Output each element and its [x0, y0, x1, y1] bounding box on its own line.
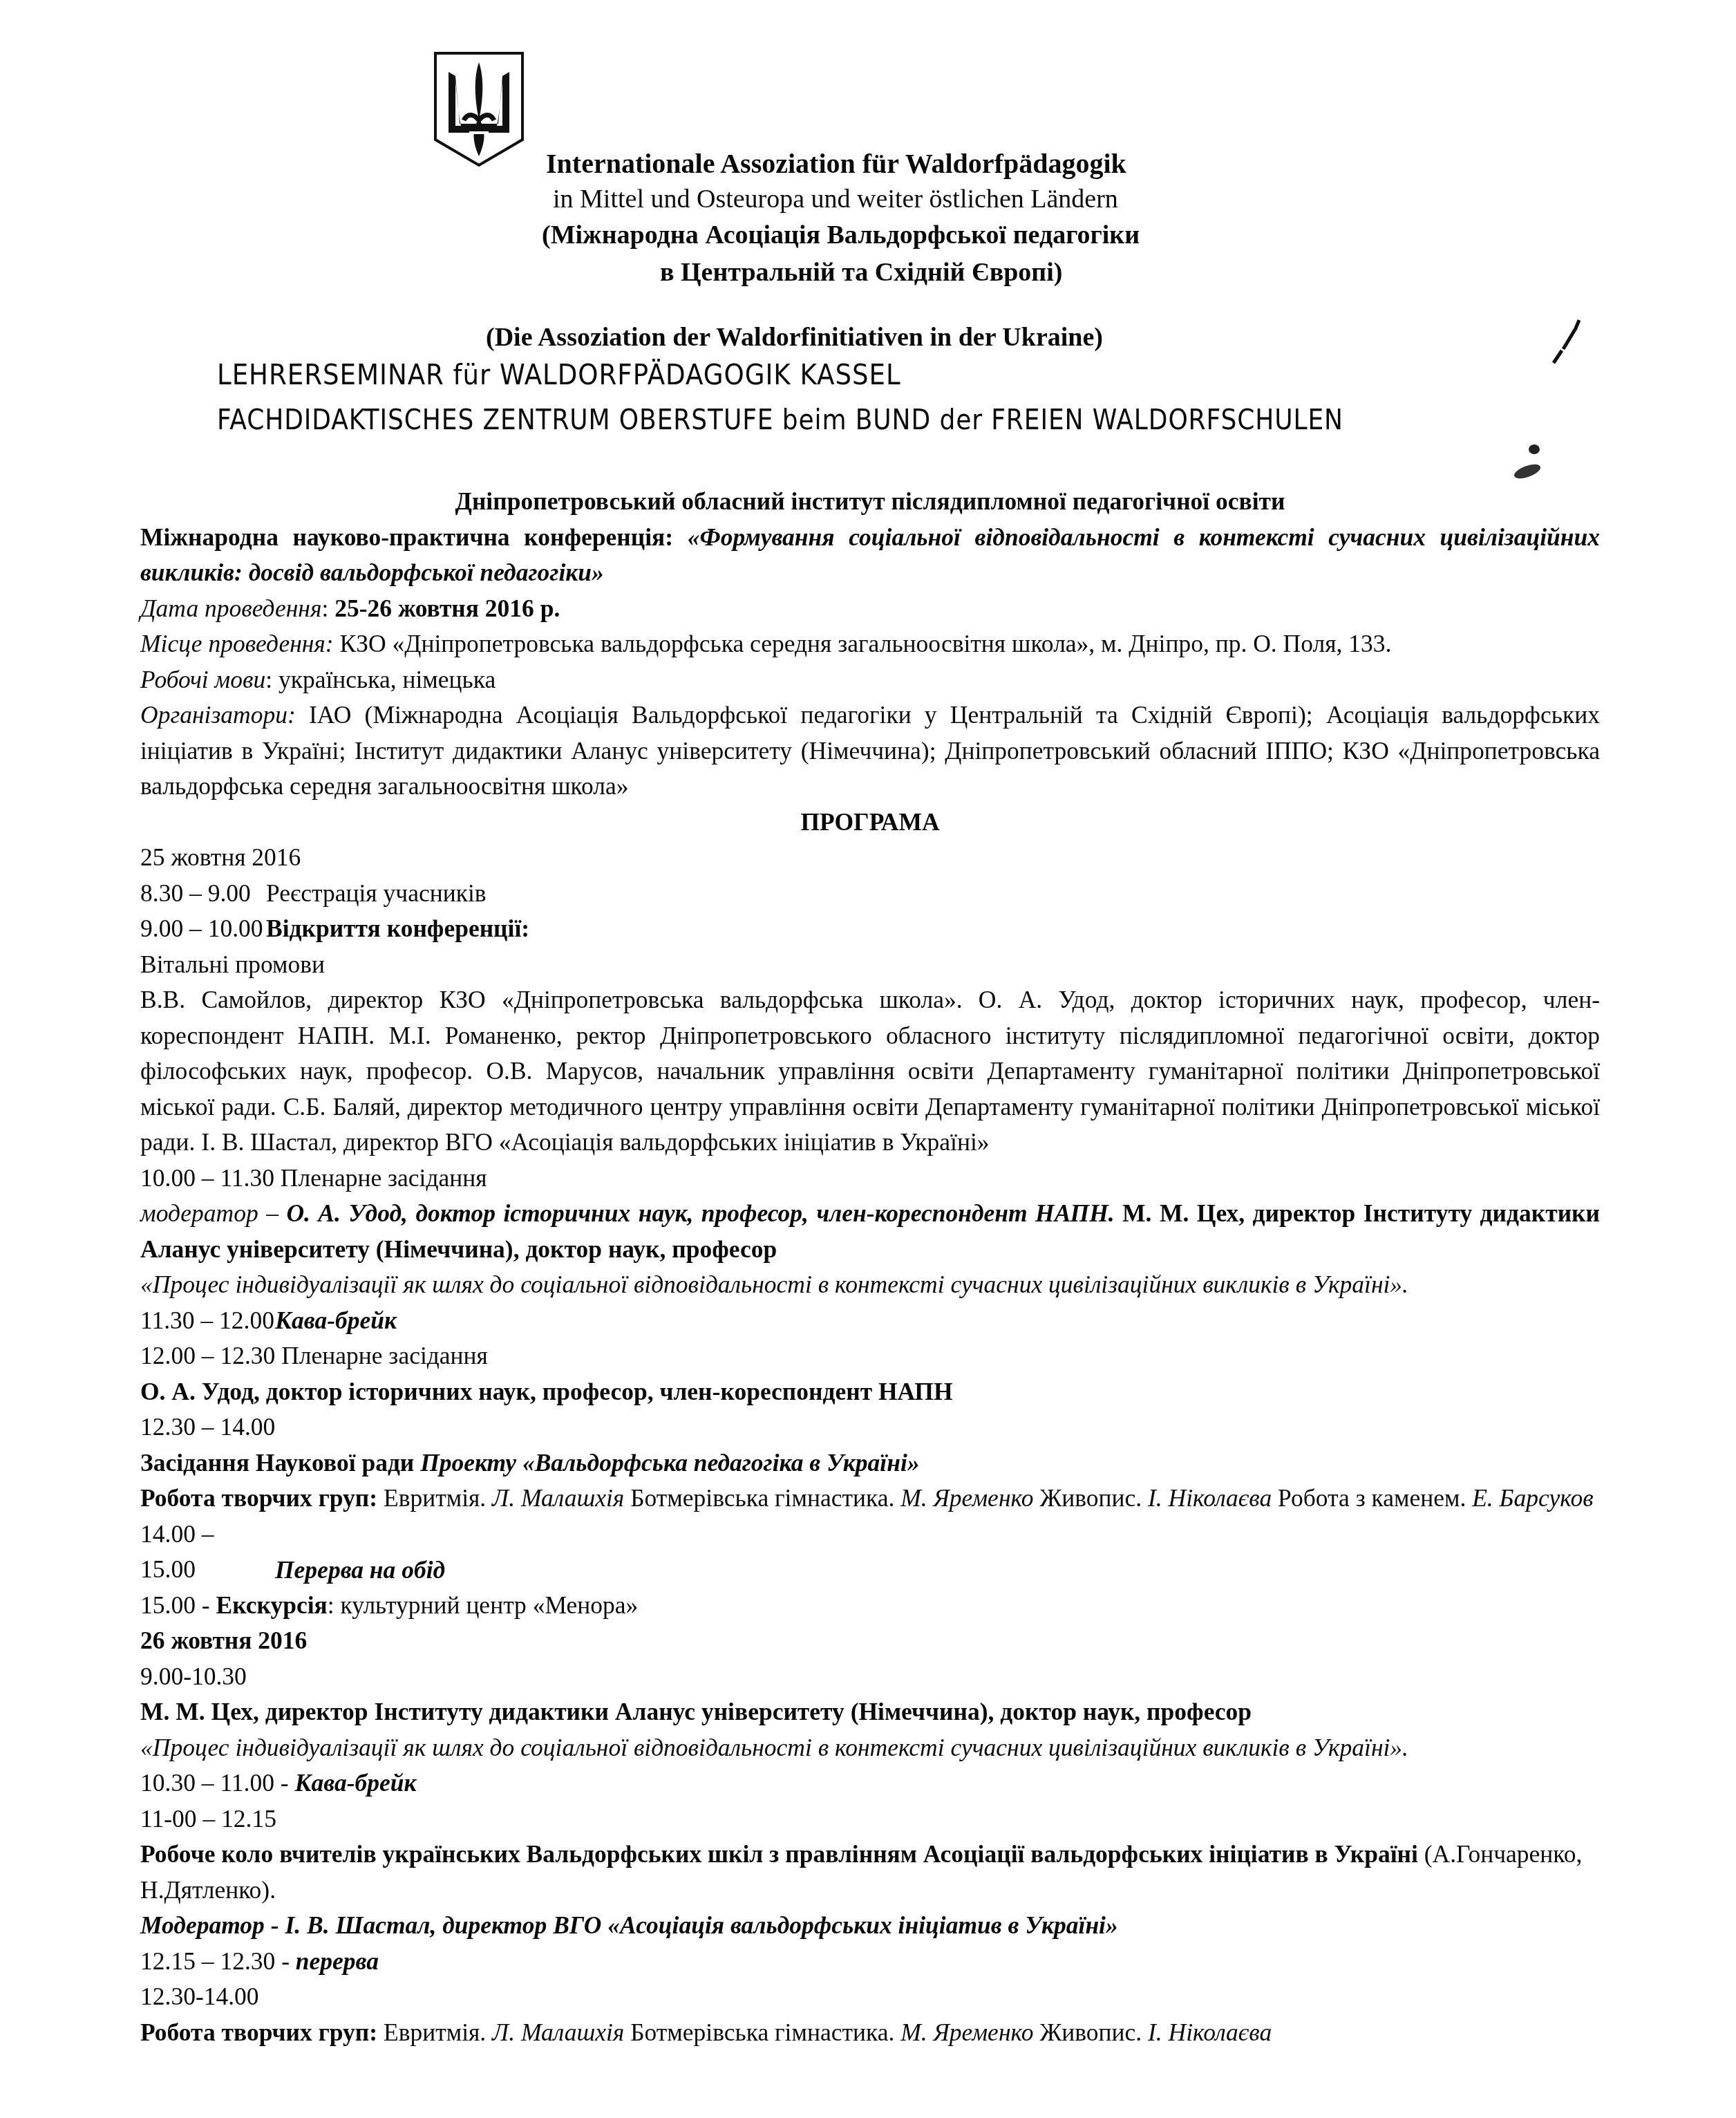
- moderator-name: О. А. Удод, доктор історичних наук, проф…: [286, 1199, 1114, 1227]
- group-activity: Ботмерівська гімнастика.: [624, 1484, 900, 1512]
- ukraine-trident-coat-of-arms-icon: [433, 51, 525, 167]
- organizers-value: ІАО (Міжнародна Асоціація Вальдорфської …: [140, 701, 1600, 800]
- lunch-label: Перерва на обід: [275, 1555, 445, 1583]
- day2-slot1-talk: «Процес індивідуалізації як шлях до соці…: [140, 1730, 1600, 1766]
- council-label: Засідання Наукової ради: [140, 1449, 420, 1477]
- moderator-prefix: модератор –: [140, 1199, 286, 1227]
- session-time: 12.30 – 14.00: [140, 1409, 1600, 1445]
- date-value: 25-26 жовтня 2016 р.: [334, 594, 560, 622]
- day2-slot1-speaker: М. М. Цех, директор Інституту дидактики …: [140, 1694, 1600, 1730]
- day1-groups: Робота творчих груп: Евритмія. Л. Малашх…: [140, 1481, 1600, 1517]
- day2-pause-row: 12.15 – 12.30 - перерва: [140, 1944, 1600, 1980]
- org-de-subtitle: in Mittel und Osteuropa und weiter östli…: [553, 184, 1118, 214]
- scan-mark-icon: [1548, 315, 1589, 370]
- conference-date: Дата проведення: 25-26 жовтня 2016 р.: [140, 591, 1600, 627]
- group-activity: Живопис.: [1034, 2018, 1148, 2046]
- group-leader: Л. Малашхія: [492, 2018, 624, 2046]
- talk-title: «Процес індивідуалізації як шлях до соці…: [140, 1267, 1600, 1303]
- excursion-time: 15.00 -: [140, 1591, 216, 1619]
- lunch-row: 14.00 – 15.00Перерва на обід: [140, 1517, 1600, 1588]
- greeting-speakers: В.В. Самойлов, директор КЗО «Дніпропетро…: [140, 982, 1600, 1161]
- scan-smudge-icon: [1507, 435, 1555, 484]
- break1-label: Кава-брейк: [275, 1306, 397, 1334]
- group-leader: Е. Барсуков: [1472, 1484, 1594, 1512]
- day2-break-time: 10.30 – 11.00 -: [140, 1769, 295, 1797]
- registration-time: 8.30 – 9.00: [140, 876, 266, 912]
- excursion-label: Екскурсія: [216, 1591, 327, 1619]
- org-ua-title-line2: в Центральній та Східній Європі): [660, 257, 1062, 288]
- day2-slot2-title: Робоче коло вчителів українських Вальдор…: [140, 1840, 1418, 1868]
- group-leader: Л. Малашхія: [492, 1484, 624, 1512]
- conference-place: Місце проведення: КЗО «Дніпропетровська …: [140, 626, 1600, 662]
- group-leader: М. Яременко: [900, 1484, 1033, 1512]
- place-value: КЗО «Дніпропетровська вальдорфська серед…: [334, 630, 1392, 657]
- assoc-de-title: (Die Assoziation der Waldorfinitiativen …: [486, 322, 1103, 353]
- group-leader: М. Яременко: [900, 2018, 1033, 2046]
- plenary1-moderator: модератор – О. А. Удод, доктор історични…: [140, 1196, 1600, 1267]
- languages-value: : українська, німецька: [265, 666, 496, 693]
- opening-time: 9.00 – 10.00: [140, 911, 266, 947]
- conference-title: Міжнародна науково-практична конференція…: [140, 520, 1600, 591]
- day2-slot2-time: 11-00 – 12.15: [140, 1801, 1600, 1837]
- day2-slot1-time: 9.00-10.30: [140, 1659, 1600, 1695]
- excursion-row: 15.00 - Екскурсія: культурний центр «Мен…: [140, 1588, 1600, 1624]
- day2-groups: Робота творчих груп: Евритмія. Л. Малашх…: [140, 2015, 1600, 2051]
- lunch-time: 14.00 – 15.00: [140, 1517, 275, 1588]
- program-heading: ПРОГРАМА: [140, 805, 1600, 841]
- didactic-center-title: FACHDIDAKTISCHES ZENTRUM OBERSTUFE beim …: [217, 404, 1343, 436]
- break1-row: 11.30 – 12.00Кава-брейк: [140, 1303, 1600, 1339]
- day2-pause-label: перерва: [296, 1947, 379, 1975]
- opening-label: Відкриття конференції:: [266, 915, 529, 942]
- groups-label: Робота творчих груп:: [140, 2018, 377, 2046]
- languages-label: Робочі мови: [140, 666, 265, 693]
- break1-time: 11.30 – 12.00: [140, 1303, 275, 1339]
- document-body: Дніпропетровський обласний інститут післ…: [140, 484, 1600, 2050]
- registration-row: 8.30 – 9.00Реєстрація учасників: [140, 876, 1600, 912]
- day2-break-label: Кава-брейк: [295, 1769, 417, 1797]
- day2-slot3-time: 12.30-14.00: [140, 1979, 1600, 2015]
- date-label: Дата проведення: [140, 594, 321, 622]
- group-activity: Евритмія.: [377, 1484, 492, 1512]
- group-activity: Живопис.: [1034, 1484, 1148, 1512]
- plenary2-row: 12.00 – 12.30 Пленарне засідання: [140, 1338, 1600, 1374]
- opening-row: 9.00 – 10.00Відкриття конференції:: [140, 911, 1600, 947]
- council-project: Проекту «Вальдорфська педагогіка в Украї…: [420, 1449, 919, 1477]
- plenary1-row: 10.00 – 11.30 Пленарне засідання: [140, 1161, 1600, 1197]
- org-ua-title: (Міжнародна Асоціація Вальдорфської педа…: [542, 220, 1140, 250]
- excursion-value: : культурний центр «Менора»: [328, 1591, 639, 1619]
- day1-date: 25 жовтня 2016: [140, 840, 1600, 876]
- day2-break-row: 10.30 – 11.00 - Кава-брейк: [140, 1765, 1600, 1801]
- group-activity: Робота з каменем.: [1272, 1484, 1472, 1512]
- place-label: Місце проведення:: [140, 630, 334, 657]
- org-de-title: Internationale Assoziation für Waldorfpä…: [546, 149, 1126, 179]
- day2-moderator: Модератор - І. В. Шастал, директор ВГО «…: [140, 1908, 1600, 1944]
- plenary2-speaker: О. А. Удод, доктор історичних наук, проф…: [140, 1374, 1600, 1410]
- organizers-label: Організатори:: [140, 701, 296, 729]
- day2-date: 26 жовтня 2016: [140, 1623, 1600, 1659]
- day2-pause-time: 12.15 – 12.30 -: [140, 1947, 296, 1975]
- organizers: Організатори: ІАО (Міжнародна Асоціація …: [140, 697, 1600, 805]
- conference-label: Міжнародна науково-практична конференція…: [140, 523, 688, 551]
- working-languages: Робочі мови: українська, німецька: [140, 662, 1600, 698]
- greetings-label: Вітальні промови: [140, 947, 1600, 983]
- group-activity: Евритмія.: [377, 2018, 492, 2046]
- day2-slot2-row: Робоче коло вчителів українських Вальдор…: [140, 1837, 1600, 1908]
- institute-name: Дніпропетровський обласний інститут післ…: [140, 484, 1600, 520]
- council-row: Засідання Наукової ради Проекту «Вальдор…: [140, 1445, 1600, 1481]
- registration-label: Реєстрація учасників: [266, 879, 487, 907]
- group-leader: І. Ніколаєва: [1148, 2018, 1272, 2046]
- group-activity: Ботмерівська гімнастика.: [624, 2018, 900, 2046]
- seminar-title: LEHRERSEMINAR für WALDORFPÄDAGOGIK KASSE…: [217, 359, 901, 391]
- groups-label: Робота творчих груп:: [140, 1484, 377, 1512]
- group-leader: І. Ніколаєва: [1148, 1484, 1272, 1512]
